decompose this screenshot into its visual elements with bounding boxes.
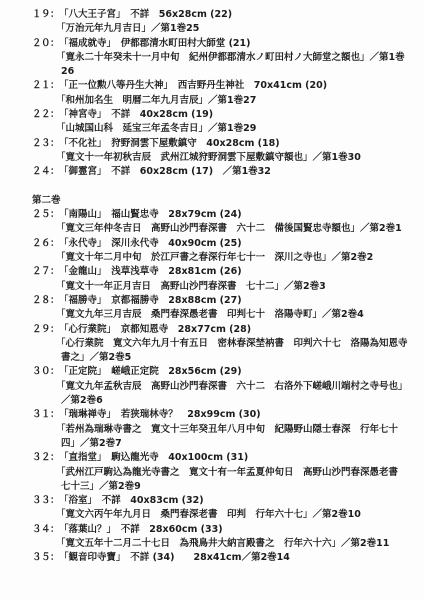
entry-number: ３４： xyxy=(32,523,59,537)
entry-number: １９： xyxy=(32,8,59,22)
entry-detail-line: 「寛文十年二月中旬 於江戸書之春深行年七十一 深川之寺也」／第2巻2 xyxy=(32,251,416,265)
catalog-entry: ３５：「観音印寺寶」 不詳 (34) 28x41cm／第2巻14 xyxy=(32,551,416,565)
entry-title-line: ３１：「瑞琳禅寺」 若狭瑞林寺？ 28x99cm (30) xyxy=(32,408,416,422)
entry-title-line: １９：「八大王子宮」 不詳 56x28cm (22) xyxy=(32,8,416,22)
entry-detail-line: 書之」／第2巻5 xyxy=(32,351,416,365)
entry-detail-line: 「武州江戸駒込為龍光寺書之 寛文十有一年孟夏仲旬日 高野山沙門春深愚老書 xyxy=(32,466,416,480)
entry-detail-line: 「寛文五年十二月二十七日 為飛鳥井大納言殿書之 行年六十六」／第2巻11 xyxy=(32,537,416,551)
entry-number: ３０： xyxy=(32,365,59,379)
entry-title-text: 「南陽山」 福山賢忠寺 28x79cm (24) xyxy=(59,208,416,222)
entry-detail-line: 「万治元年九月吉日」／第1巻25 xyxy=(32,22,416,36)
entry-detail-line: 「山城国山科 延宝三年孟冬吉日」／第1巻29 xyxy=(32,122,416,136)
entry-title-line: ２２：「神宮寺」 不詳 40x28cm (19) xyxy=(32,108,416,122)
catalog-entry: ２８：「福勝寺」 京都福勝寺 28x88cm (27)「寛文九年三月吉辰 桑門春… xyxy=(32,294,416,323)
entry-title-line: ２１：「正一位勲八等丹生大神」 西吉野丹生神社 70x41cm (20) xyxy=(32,79,416,93)
catalog-section-2: 第二巻２５：「南陽山」 福山賢忠寺 28x79cm (24)「寛文三年仲冬吉日 … xyxy=(32,194,416,566)
entry-title-text: 「浴室」 不詳 40x83cm (32) xyxy=(59,494,416,508)
entry-detail-line: ／第2巻6 xyxy=(32,394,416,408)
entry-title-line: ２３：「不化社」 狩野洞雲下屋敷鎮守 40x28cm (18) xyxy=(32,137,416,151)
entry-title-line: ２６：「永代寺」 深川永代寺 40x90cm (25) xyxy=(32,237,416,251)
entry-title-line: ２５：「南陽山」 福山賢忠寺 28x79cm (24) xyxy=(32,208,416,222)
entry-number: ２２： xyxy=(32,108,59,122)
entry-number: ２１： xyxy=(32,79,59,93)
entry-title-line: ２４：「御霊宮」 不詳 60x28cm (17) ／第1巻32 xyxy=(32,165,416,179)
entry-detail-line: 「寛永二十年癸未十一月中旬 紀州伊都郡清水ノ町田村ノ大師堂之額也」／第1巻 xyxy=(32,51,416,65)
entry-title-text: 「心行業院」 京都知恩寺 28x77cm (28) xyxy=(59,323,416,337)
entry-title-text: 「福成就寺」 伊都郡清水町田村大師堂 (21) xyxy=(59,37,416,51)
entry-title-text: 「不化社」 狩野洞雲下屋敷鎮守 40x28cm (18) xyxy=(59,137,416,151)
entry-title-line: ３３：「浴室」 不詳 40x83cm (32) xyxy=(32,494,416,508)
entry-title-text: 「正定院」 嵯峨正定院 28x56cm (29) xyxy=(59,365,416,379)
catalog-entry: ２５：「南陽山」 福山賢忠寺 28x79cm (24)「寛文三年仲冬吉日 高野山… xyxy=(32,208,416,237)
catalog-entry: ３２：「直指堂」 駒込龍光寺 40x100cm (31)「武州江戸駒込為龍光寺書… xyxy=(32,451,416,494)
entry-title-line: ３０：「正定院」 嵯峨正定院 28x56cm (29) xyxy=(32,365,416,379)
document-page: １９：「八大王子宮」 不詳 56x28cm (22)「万治元年九月吉日」／第1巻… xyxy=(0,0,424,600)
entry-title-text: 「福勝寺」 京都福勝寺 28x88cm (27) xyxy=(59,294,416,308)
catalog-entry: １９：「八大王子宮」 不詳 56x28cm (22)「万治元年九月吉日」／第1巻… xyxy=(32,8,416,37)
entry-title-text: 「御霊宮」 不詳 60x28cm (17) ／第1巻32 xyxy=(59,165,416,179)
catalog-entry: ２４：「御霊宮」 不詳 60x28cm (17) ／第1巻32 xyxy=(32,165,416,179)
entry-number: ３１： xyxy=(32,408,59,422)
entry-detail-line: 七十三」／第2巻9 xyxy=(32,480,416,494)
entry-number: ２６： xyxy=(32,237,59,251)
entry-title-text: 「神宮寺」 不詳 40x28cm (19) xyxy=(59,108,416,122)
entry-title-text: 「瑞琳禅寺」 若狭瑞林寺？ 28x99cm (30) xyxy=(59,408,416,422)
entry-number: ２３： xyxy=(32,137,59,151)
section-header: 第二巻 xyxy=(32,194,416,208)
entry-detail-line: 「寛文九年孟秋吉辰 高野山沙門春深書 六十二 右洛外下嵯峨川端村之寺号也」 xyxy=(32,380,416,394)
catalog-entry: ２３：「不化社」 狩野洞雲下屋敷鎮守 40x28cm (18)「寛文十一年初秋吉… xyxy=(32,137,416,166)
entry-number: ２４： xyxy=(32,165,59,179)
entry-detail-line: 「寛文三年仲冬吉日 高野山沙門春深書 六十二 備後国賢忠寺額也」／第2巻1 xyxy=(32,222,416,236)
entry-detail-line: 「寛文六丙午年九月日 桑門春深老書 印判 行年六十七」／第2巻10 xyxy=(32,508,416,522)
entry-title-line: ２７：「金龍山」 浅草浅草寺 28x81cm (26) xyxy=(32,265,416,279)
catalog-entry: ３０：「正定院」 嵯峨正定院 28x56cm (29)「寛文九年孟秋吉辰 高野山… xyxy=(32,365,416,408)
entry-number: ２５： xyxy=(32,208,59,222)
entry-detail-line: 「寛文十一年初秋吉辰 武州江城狩野洞雲下屋敷鎮守額也」／第1巻30 xyxy=(32,151,416,165)
entry-title-line: ３５：「観音印寺寶」 不詳 (34) 28x41cm／第2巻14 xyxy=(32,551,416,565)
entry-title-text: 「永代寺」 深川永代寺 40x90cm (25) xyxy=(59,237,416,251)
entry-detail-line: 「心行業院 寛文六年九月十有五日 密林春深埜衲書 印判六十七 洛陽為知恩寺 xyxy=(32,337,416,351)
entry-number: ３２： xyxy=(32,451,59,465)
entry-list: １９：「八大王子宮」 不詳 56x28cm (22)「万治元年九月吉日」／第1巻… xyxy=(32,8,416,566)
entry-number: ２７： xyxy=(32,265,59,279)
entry-title-text: 「観音印寺寶」 不詳 (34) 28x41cm／第2巻14 xyxy=(59,551,416,565)
catalog-entry: ３３：「浴室」 不詳 40x83cm (32)「寛文六丙午年九月日 桑門春深老書… xyxy=(32,494,416,523)
entry-title-line: ３２：「直指堂」 駒込龍光寺 40x100cm (31) xyxy=(32,451,416,465)
entry-title-text: 「落葉山？」 不詳 28x60cm (33) xyxy=(59,523,416,537)
entry-detail-line: 「寛文九年三月吉辰 桑門春深愚老書 印判七十 洛陽寺町」／第2巻4 xyxy=(32,308,416,322)
entry-number: ２０： xyxy=(32,37,59,51)
catalog-entry: ３１：「瑞琳禅寺」 若狭瑞林寺？ 28x99cm (30)「若州為瑞琳寺書之 寛… xyxy=(32,408,416,451)
catalog-entry: ２７：「金龍山」 浅草浅草寺 28x81cm (26)「寛文十一年正月吉日 高野… xyxy=(32,265,416,294)
catalog-section-1: １９：「八大王子宮」 不詳 56x28cm (22)「万治元年九月吉日」／第1巻… xyxy=(32,8,416,180)
entry-title-line: ２８：「福勝寺」 京都福勝寺 28x88cm (27) xyxy=(32,294,416,308)
entry-title-text: 「直指堂」 駒込龍光寺 40x100cm (31) xyxy=(59,451,416,465)
catalog-entry: ２６：「永代寺」 深川永代寺 40x90cm (25)「寛文十年二月中旬 於江戸… xyxy=(32,237,416,266)
entry-number: ３５： xyxy=(32,551,59,565)
entry-number: ２９： xyxy=(32,323,59,337)
entry-number: ２８： xyxy=(32,294,59,308)
entry-detail-line: 「若州為瑞琳寺書之 寛文十三年癸丑年八月中旬 紀陽野山隠士春深 行年七十 xyxy=(32,423,416,437)
catalog-entry: ２２：「神宮寺」 不詳 40x28cm (19)「山城国山科 延宝三年孟冬吉日」… xyxy=(32,108,416,137)
catalog-entry: ２１：「正一位勲八等丹生大神」 西吉野丹生神社 70x41cm (20)「和州加… xyxy=(32,79,416,108)
entry-detail-line: 「寛文十一年正月吉日 高野山沙門春深書 七十二」／第2巻3 xyxy=(32,280,416,294)
entry-title-line: ２０：「福成就寺」 伊都郡清水町田村大師堂 (21) xyxy=(32,37,416,51)
entry-title-line: ３４：「落葉山？」 不詳 28x60cm (33) xyxy=(32,523,416,537)
catalog-entry: ２９：「心行業院」 京都知恩寺 28x77cm (28)「心行業院 寛文六年九月… xyxy=(32,323,416,366)
entry-title-text: 「正一位勲八等丹生大神」 西吉野丹生神社 70x41cm (20) xyxy=(59,79,416,93)
entry-detail-line: 26 xyxy=(32,65,416,79)
entry-detail-line: 「和州加名生 明暦二年九月吉辰」／第1巻27 xyxy=(32,94,416,108)
entry-detail-line: 四」／第2巻7 xyxy=(32,437,416,451)
entry-title-line: ２９：「心行業院」 京都知恩寺 28x77cm (28) xyxy=(32,323,416,337)
entry-title-text: 「金龍山」 浅草浅草寺 28x81cm (26) xyxy=(59,265,416,279)
catalog-entry: ３４：「落葉山？」 不詳 28x60cm (33)「寛文五年十二月二十七日 為飛… xyxy=(32,523,416,552)
entry-number: ３３： xyxy=(32,494,59,508)
catalog-entry: ２０：「福成就寺」 伊都郡清水町田村大師堂 (21)「寛永二十年癸未十一月中旬 … xyxy=(32,37,416,80)
entry-title-text: 「八大王子宮」 不詳 56x28cm (22) xyxy=(59,8,416,22)
